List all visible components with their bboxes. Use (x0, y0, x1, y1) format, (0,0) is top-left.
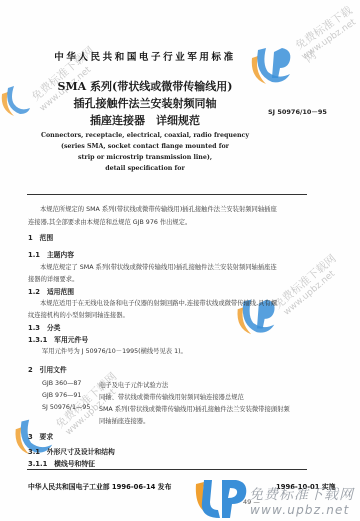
reference-3-title: SMA 系列(带状线或微带传输线用)插孔接触件法兰安装微带接頭射频 (99, 404, 290, 413)
paragraph-1-1-line-2: 接器的详细要求。 (28, 274, 78, 283)
reference-3-code: SJ 50976/1—95 (42, 404, 90, 411)
section-3-heading: 3 要求 (28, 431, 53, 441)
standard-organization: 中华人民共和国电子行业军用标准 (0, 49, 290, 63)
intro-line-1: 本规范所规定的 SMA 系列(带状线或微带传输线用)插孔接触件法兰安装射频同轴插… (40, 204, 277, 213)
title-line-2: 插孔接触件法兰安装射频同轴 (0, 95, 290, 111)
title-line-3: 插座连接器 详细规范 (0, 112, 290, 128)
section-3-1-heading: 3.1 外形尺寸及设计和结构 (28, 446, 115, 456)
section-1-2-heading: 1.2 适用范围 (28, 286, 74, 296)
section-1-heading: 1 范围 (28, 232, 53, 242)
reference-2-title: 同轴、带状线或微带传输线用射频同轴连接器总规范 (99, 392, 244, 401)
section-1-3-1-heading: 1.3.1 军用元件号 (28, 334, 88, 344)
reference-1-title: 电子及电子元件试验方法 (99, 380, 168, 389)
footer-divider (27, 469, 307, 470)
reference-2-code: GJB 976—91 (42, 392, 81, 399)
title-line-1: SMA 系列(带状线或微带传输线用) (0, 78, 290, 94)
section-1-1-heading: 1.1 主题内容 (28, 249, 74, 259)
paragraph-1-2-line-1: 本规范适用于在无线电设备和电子仪器的射频回路中,连接带状线或微带传输线,具有螺 (40, 298, 277, 307)
section-2-heading: 2 引用文件 (28, 364, 67, 374)
watermark-logo-large-icon (192, 478, 248, 520)
header-divider (27, 194, 307, 195)
english-title-line-3: strip or microstrip transmission line), (0, 154, 290, 161)
reference-1-code: GJB 360—87 (42, 380, 81, 387)
paragraph-1-2-line-2: 纹连接机构的小型射频同轴连接器。 (28, 310, 129, 319)
watermark-brand-text: 免费标准下载网 (249, 484, 354, 504)
section-1-3-heading: 1.3 分类 (28, 322, 60, 332)
english-title-line-1: Connectors, receptacle, electrical, coax… (0, 132, 290, 139)
section-3-1-1-heading: 3.1.1 横线号和特征 (28, 458, 95, 468)
standard-code: SJ 50976/10－95 (268, 107, 327, 116)
paragraph-1-1-line-1: 本规范规定了 SMA 系列(带状线或微带传输线用)插孔接触件法兰安装射频同轴插座… (40, 262, 277, 271)
english-title-line-4: detail specification for (0, 165, 290, 172)
english-title-line-2: (series SMA, socket contact flange mount… (0, 143, 290, 150)
issue-info: 中华人民共和国电子工业部 1996-06-14 发布 (28, 481, 171, 491)
intro-line-2: 连接器,其全部要求由本规范和总规范 GJB 976 作出规定。 (28, 217, 191, 226)
reference-3-title-continued: 同轴插座连接器。 (99, 416, 149, 425)
watermark-brand-url: www.upbz.net (250, 503, 350, 517)
paragraph-1-3-1: 军用元件号为 J 50976/10－1995(横线号见表 1)。 (42, 346, 187, 355)
